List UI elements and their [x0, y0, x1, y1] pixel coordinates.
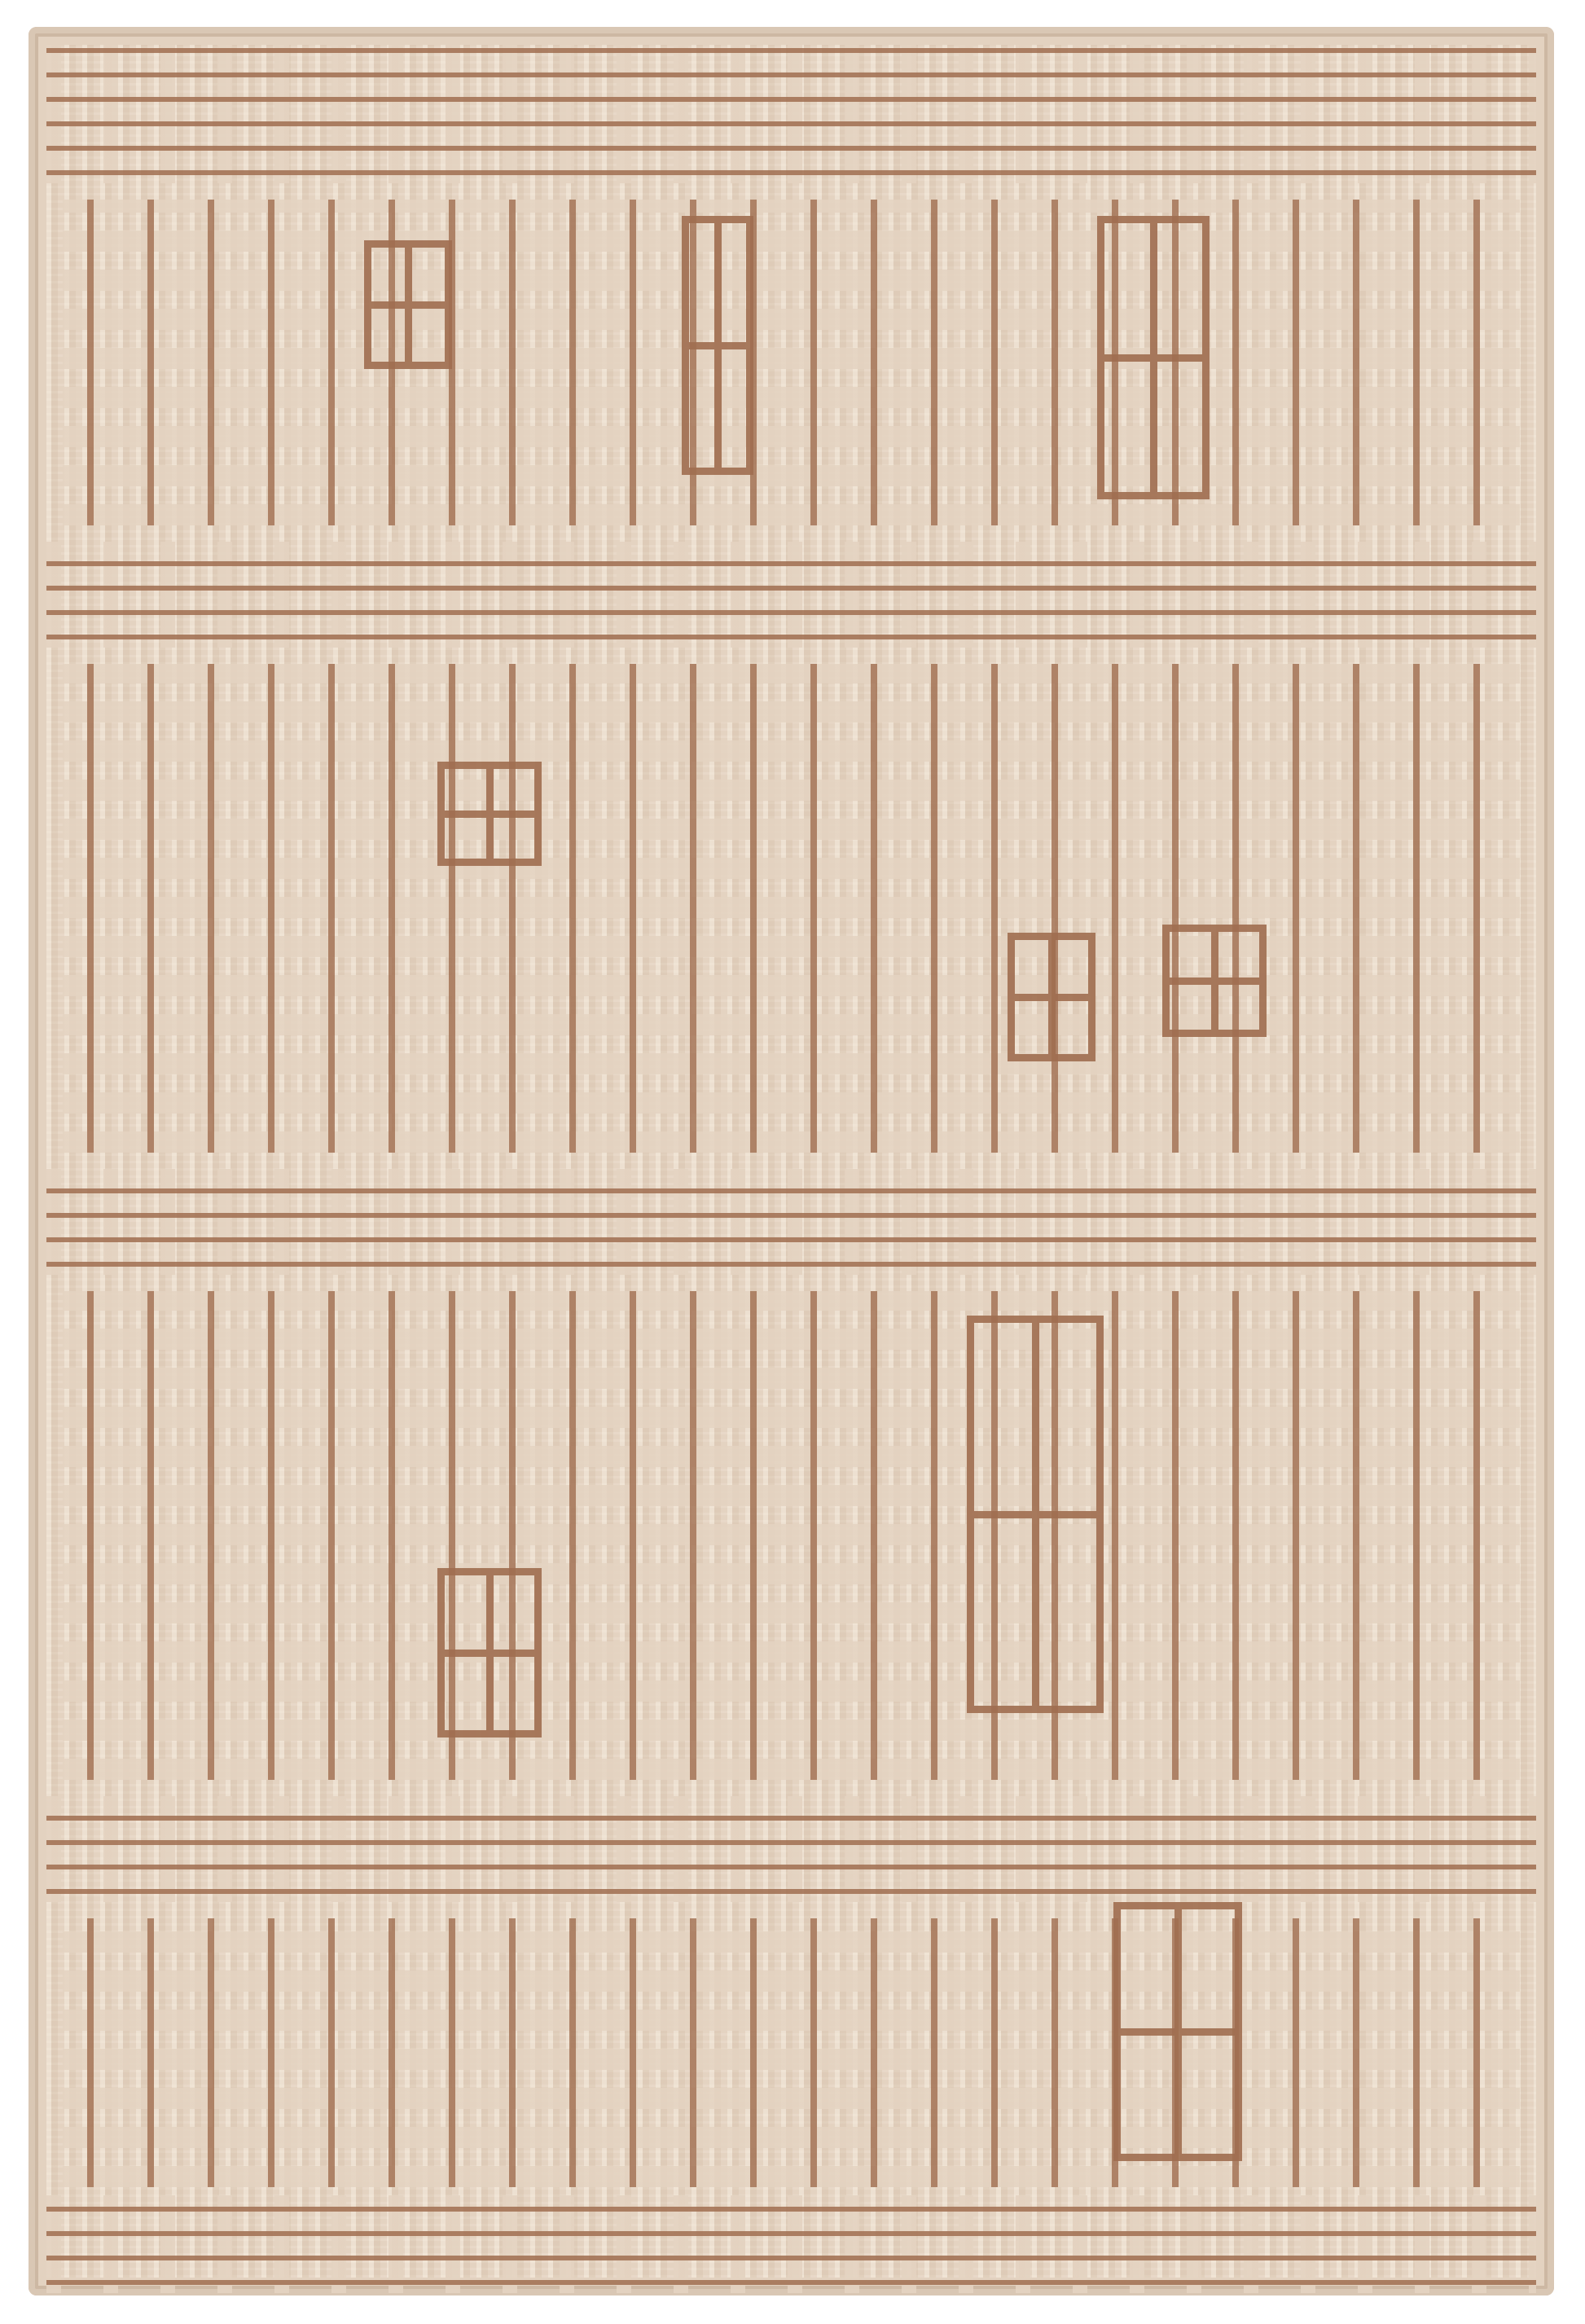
pattern-panel-1 [63, 200, 1520, 525]
stripe-band-bottom [46, 2195, 1536, 2293]
grid-motif [364, 240, 452, 369]
area-rug [29, 27, 1554, 2295]
pattern-panel-4 [63, 1918, 1520, 2187]
stripe-band-3 [46, 1169, 1536, 1275]
pattern-panel-2 [63, 664, 1520, 1153]
stripe-band-top [46, 45, 1536, 183]
stripe-band-4 [46, 1796, 1536, 1902]
grid-motif [1162, 925, 1267, 1037]
stripe-band-2 [46, 542, 1536, 648]
rug-field [46, 45, 1536, 2278]
pattern-panel-3 [63, 1291, 1520, 1780]
grid-motif [1113, 1902, 1242, 2161]
grid-motif [1008, 933, 1095, 1061]
grid-motif [437, 762, 542, 866]
grid-motif [1097, 216, 1210, 499]
grid-motif [437, 1568, 542, 1738]
grid-motif [682, 216, 753, 475]
grid-motif [967, 1316, 1104, 1713]
